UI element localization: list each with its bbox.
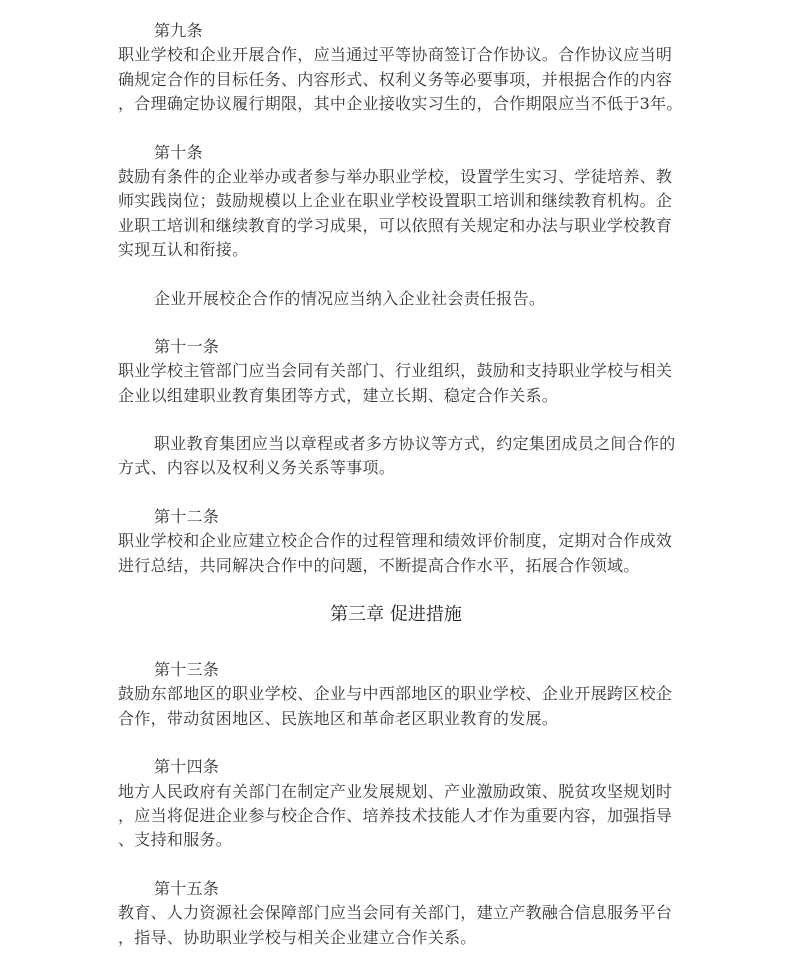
article-heading: 第十一条 bbox=[118, 335, 674, 359]
article-text-line: 职业学校和企业应建立校企合作的过程管理和绩效评价制度，定期对合作成效 bbox=[118, 529, 674, 553]
article-text-line: ，应当将促进企业参与校企合作、培养技术技能人才作为重要内容，加强指导 bbox=[118, 804, 674, 828]
article-15: 第十五条 教育、人力资源社会保障部门应当会同有关部门，建立产教融合信息服务平台 … bbox=[118, 877, 674, 950]
article-text-line: 、支持和服务。 bbox=[118, 828, 674, 852]
article-text-line: 教育、人力资源社会保障部门应当会同有关部门，建立产教融合信息服务平台 bbox=[118, 901, 674, 925]
article-text-line: ，指导、协助职业学校与相关企业建立合作关系。 bbox=[118, 926, 674, 950]
article-12: 第十二条 职业学校和企业应建立校企合作的过程管理和绩效评价制度，定期对合作成效 … bbox=[118, 505, 674, 578]
article-14: 第十四条 地方人民政府有关部门在制定产业发展规划、产业激励政策、脱贫攻坚规划时 … bbox=[118, 755, 674, 853]
article-text-line: 鼓励东部地区的职业学校、企业与中西部地区的职业学校、企业开展跨区校企 bbox=[118, 682, 674, 706]
article-heading: 第十条 bbox=[118, 141, 674, 165]
article-10: 第十条 鼓励有条件的企业举办或者参与举办职业学校，设置学生实习、学徒培养、教 师… bbox=[118, 141, 674, 263]
paragraph-text-line: 企业开展校企合作的情况应当纳入企业社会责任报告。 bbox=[118, 287, 674, 311]
article-text-line: 实现互认和衔接。 bbox=[118, 238, 674, 262]
article-text-line: 企业以组建职业教育集团等方式，建立长期、稳定合作关系。 bbox=[118, 384, 674, 408]
article-heading: 第十四条 bbox=[118, 755, 674, 779]
article-heading: 第九条 bbox=[118, 19, 674, 43]
article-text-line: 进行总结，共同解决合作中的问题，不断提高合作水平，拓展合作领域。 bbox=[118, 554, 674, 578]
article-text-line: 师实践岗位；鼓励规模以上企业在职业学校设置职工培训和继续教育机构。企 bbox=[118, 189, 674, 213]
paragraph-text-line: 方式、内容以及权利义务关系等事项。 bbox=[118, 456, 674, 480]
article-heading: 第十三条 bbox=[118, 658, 674, 682]
article-text-line: 业职工培训和继续教育的学习成果，可以依照有关规定和办法与职业学校教育 bbox=[118, 214, 674, 238]
article-heading: 第十五条 bbox=[118, 877, 674, 901]
article-text-line: 地方人民政府有关部门在制定产业发展规划、产业激励政策、脱贫攻坚规划时 bbox=[118, 780, 674, 804]
article-text-line: 合作，带动贫困地区、民族地区和革命老区职业教育的发展。 bbox=[118, 707, 674, 731]
paragraph-education-group: 职业教育集团应当以章程或者多方协议等方式，约定集团成员之间合作的 方式、内容以及… bbox=[118, 432, 674, 481]
paragraph-csr-report: 企业开展校企合作的情况应当纳入企业社会责任报告。 bbox=[118, 287, 674, 311]
article-text-line: ，合理确定协议履行期限，其中企业接收实习生的，合作期限应当不低于3年。 bbox=[118, 92, 674, 116]
article-heading: 第十二条 bbox=[118, 505, 674, 529]
article-text-line: 职业学校和企业开展合作，应当通过平等协商签订合作协议。合作协议应当明 bbox=[118, 43, 674, 67]
document-page: 第九条 职业学校和企业开展合作，应当通过平等协商签订合作协议。合作协议应当明 确… bbox=[118, 19, 674, 972]
chapter-title: 第三章 促进措施 bbox=[118, 602, 674, 628]
paragraph-text-line: 职业教育集团应当以章程或者多方协议等方式，约定集团成员之间合作的 bbox=[118, 432, 674, 456]
article-text-line: 确规定合作的目标任务、内容形式、权利义务等必要事项，并根据合作的内容 bbox=[118, 68, 674, 92]
article-text-line: 鼓励有条件的企业举办或者参与举办职业学校，设置学生实习、学徒培养、教 bbox=[118, 165, 674, 189]
article-9: 第九条 职业学校和企业开展合作，应当通过平等协商签订合作协议。合作协议应当明 确… bbox=[118, 19, 674, 117]
article-text-line: 职业学校主管部门应当会同有关部门、行业组织，鼓励和支持职业学校与相关 bbox=[118, 359, 674, 383]
article-13: 第十三条 鼓励东部地区的职业学校、企业与中西部地区的职业学校、企业开展跨区校企 … bbox=[118, 658, 674, 731]
article-11: 第十一条 职业学校主管部门应当会同有关部门、行业组织，鼓励和支持职业学校与相关 … bbox=[118, 335, 674, 408]
